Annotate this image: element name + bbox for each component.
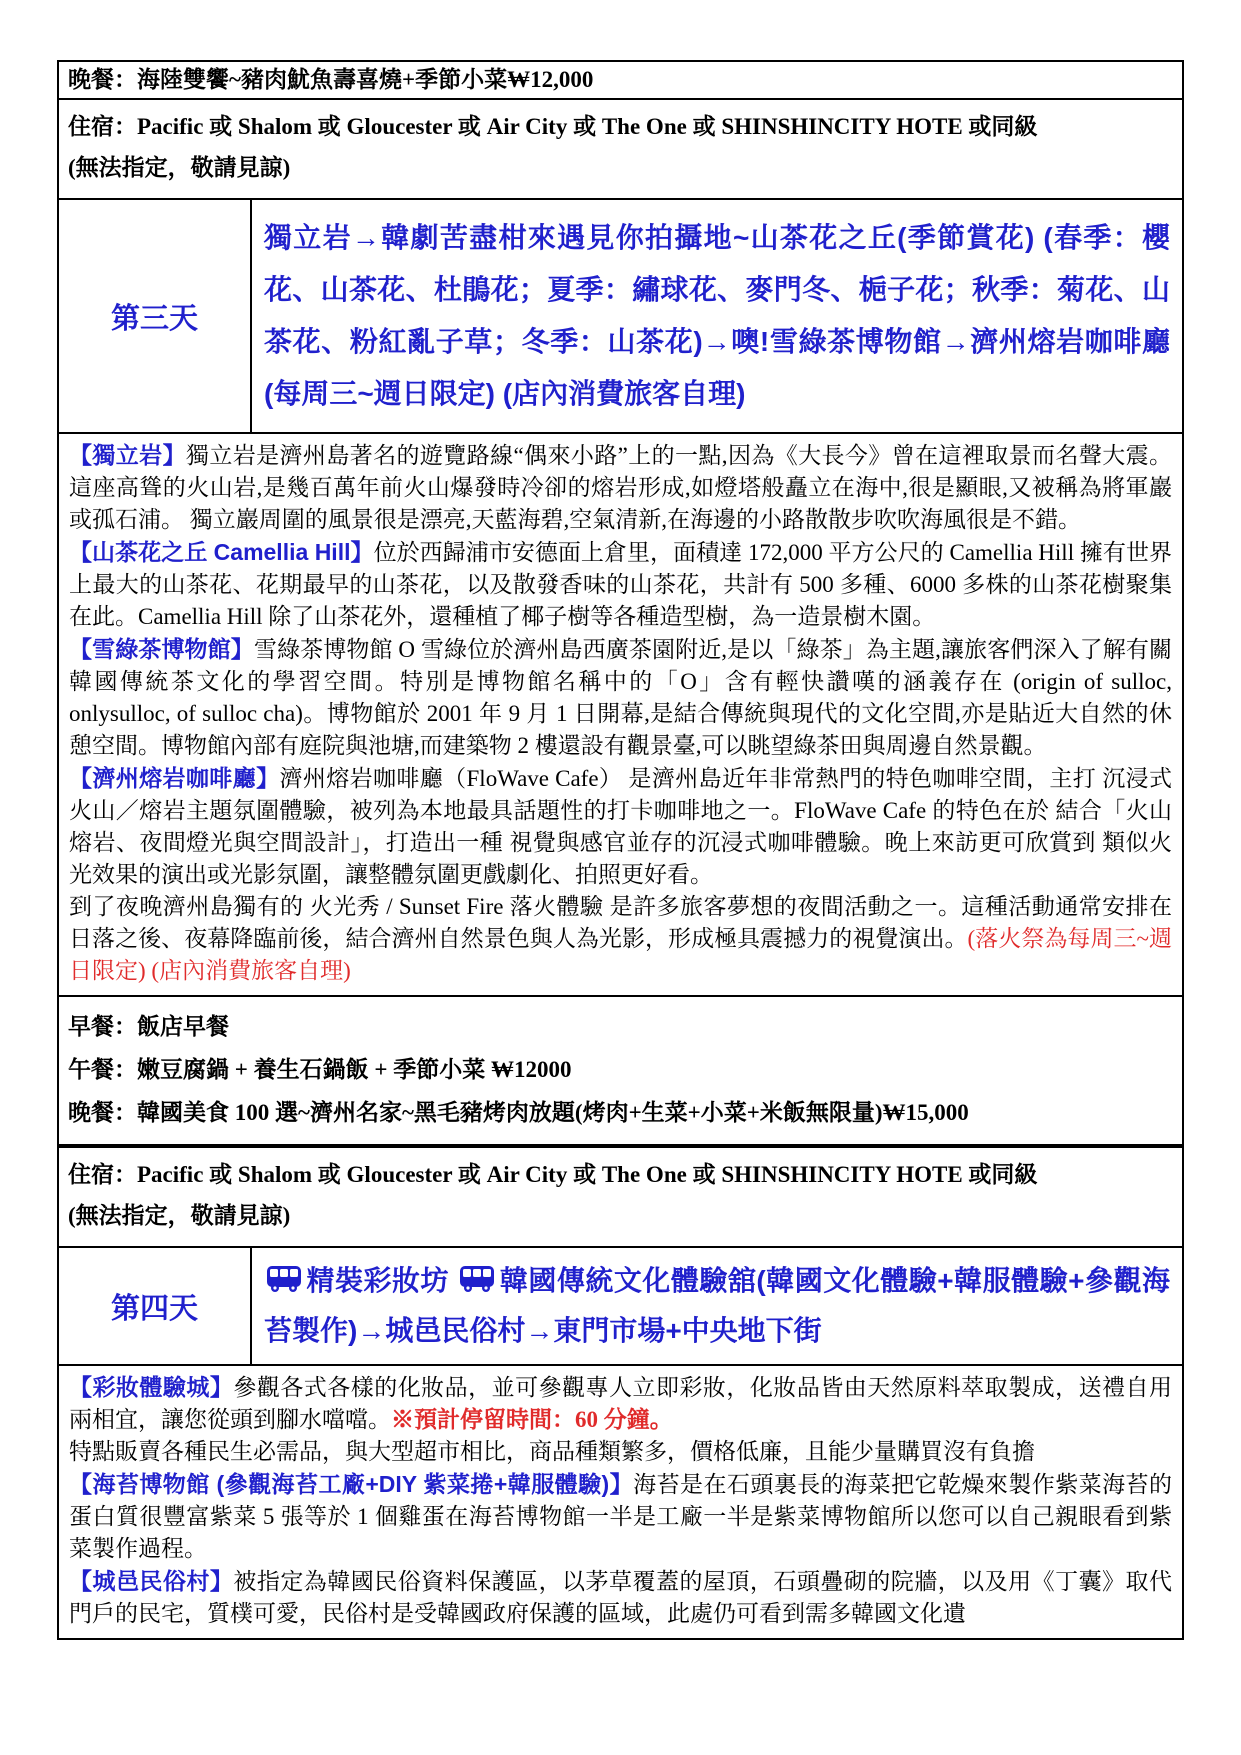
day3-section-osulloc: 【雪綠茶博物館】雪綠茶博物館 O 雪綠位於濟州島西廣茶園附近,是以「綠茶」為主題…: [69, 633, 1172, 762]
day4-section-folkvillage: 【城邑民俗村】被指定為韓國民俗資料保護區，以茅草覆蓋的屋頂，石頭疊砌的院牆，以及…: [69, 1565, 1172, 1630]
hotel-day3-line1: 住宿：Pacific 或 Shalom 或 Gloucester 或 Air C…: [68, 1154, 1173, 1195]
day3-section-flowave: 【濟州熔岩咖啡廳】濟州熔岩咖啡廳（FloWave Cafe） 是濟州島近年非常熱…: [69, 762, 1172, 891]
day4-heading-seaweed: 【海苔博物館 (參觀海苔工廠+DIY 紫菜捲+韓服體驗)】: [69, 1471, 633, 1497]
day3-text-dokrip: 獨立岩是濟州島著名的遊覽路線“偶來小路”上的一點,因為《大長今》曾在這裡取景而名…: [69, 443, 1172, 532]
day3-dinner: 晚餐：韓國美食 100 選~濟州名家~黑毛豬烤肉放題(烤肉+生菜+小菜+米飯無限…: [68, 1091, 1173, 1134]
hotel-day3-line2: (無法指定，敬請見諒): [68, 1195, 1173, 1236]
day3-itinerary: 獨立岩→韓劇苦盡柑來遇見你拍攝地~山茶花之丘(季節賞花) (春季：櫻花、山茶花、…: [252, 200, 1182, 432]
bus-icon: [266, 1265, 302, 1293]
hotel-row-day3: 住宿：Pacific 或 Shalom 或 Gloucester 或 Air C…: [59, 1144, 1182, 1246]
day3-heading-flowave: 【濟州熔岩咖啡廳】: [69, 765, 279, 791]
day4-red-note: ※預計停留時間：60 分鐘。: [391, 1407, 673, 1432]
day4-text-shop: 特點販賣各種民生必需品，與大型超市相比，商品種類繁多，價格低廉，且能少量購買沒有…: [69, 1439, 1035, 1464]
itinerary-table: 晚餐：海陸雙饗~豬肉魷魚壽喜燒+季節小菜₩12,000 住宿：Pacific 或…: [57, 60, 1184, 1640]
hotel-row-top: 住宿：Pacific 或 Shalom 或 Gloucester 或 Air C…: [59, 98, 1182, 198]
day3-label: 第三天: [59, 200, 252, 432]
dinner-top-text: 晚餐：海陸雙饗~豬肉魷魚壽喜燒+季節小菜₩12,000: [68, 67, 593, 92]
day4-row: 第四天 精裝彩妝坊 韓國傳統文化體驗舘(韓國文化體驗+韓服體驗+參觀海苔製作)→…: [59, 1246, 1182, 1364]
day3-lunch: 午餐：嫩豆腐鍋 + 養生石鍋飯 + 季節小菜 ₩12000: [68, 1048, 1173, 1091]
day4-section-seaweed: 【海苔博物館 (參觀海苔工廠+DIY 紫菜捲+韓服體驗)】海苔是在石頭裏長的海菜…: [69, 1468, 1172, 1565]
day3-description: 【獨立岩】獨立岩是濟州島著名的遊覽路線“偶來小路”上的一點,因為《大長今》曾在這…: [59, 432, 1182, 995]
day4-label: 第四天: [59, 1248, 252, 1364]
day3-meals-row: 早餐：飯店早餐 午餐：嫩豆腐鍋 + 養生石鍋飯 + 季節小菜 ₩12000 晚餐…: [59, 995, 1182, 1144]
itinerary-page: 晚餐：海陸雙饗~豬肉魷魚壽喜燒+季節小菜₩12,000 住宿：Pacific 或…: [0, 0, 1241, 1755]
day3-heading-osulloc: 【雪綠茶博物館】: [69, 636, 254, 662]
day3-section-sunsetfire: 到了夜晚濟州島獨有的 火光秀 / Sunset Fire 落火體驗 是許多旅客夢…: [69, 891, 1172, 987]
hotel-top-line2: (無法指定，敬請見諒): [68, 147, 1173, 188]
hotel-top-line1: 住宿：Pacific 或 Shalom 或 Gloucester 或 Air C…: [68, 106, 1173, 147]
day4-itinerary-part1: 精裝彩妝坊: [306, 1265, 449, 1296]
day3-section-camellia: 【山茶花之丘 Camellia Hill】位於西歸浦市安德面上倉里，面積達 17…: [69, 536, 1172, 633]
day3-breakfast: 早餐：飯店早餐: [68, 1005, 1173, 1048]
day4-heading-makeup: 【彩妝體驗城】: [69, 1374, 233, 1400]
day3-heading-dokrip: 【獨立岩】: [69, 442, 186, 468]
day4-section-makeup: 【彩妝體驗城】參觀各式各樣的化妝品，並可參觀專人立即彩妝，化妝品皆由天然原料萃取…: [69, 1371, 1172, 1436]
dinner-row-top: 晚餐：海陸雙饗~豬肉魷魚壽喜燒+季節小菜₩12,000: [59, 62, 1182, 98]
day3-heading-camellia: 【山茶花之丘 Camellia Hill】: [69, 539, 374, 565]
day4-description: 【彩妝體驗城】參觀各式各樣的化妝品，並可參觀專人立即彩妝，化妝品皆由天然原料萃取…: [59, 1364, 1182, 1638]
day4-heading-folkvillage: 【城邑民俗村】: [69, 1568, 233, 1594]
day4-text-folkvillage: 被指定為韓國民俗資料保護區，以茅草覆蓋的屋頂，石頭疊砌的院牆，以及用《丁囊》取代…: [69, 1569, 1172, 1626]
bus-icon: [459, 1265, 495, 1293]
day4-itinerary: 精裝彩妝坊 韓國傳統文化體驗舘(韓國文化體驗+韓服體驗+參觀海苔製作)→城邑民俗…: [252, 1248, 1182, 1364]
day4-section-shop: 特點販賣各種民生必需品，與大型超市相比，商品種類繁多，價格低廉，且能少量購買沒有…: [69, 1436, 1172, 1468]
day3-section-dokrip: 【獨立岩】獨立岩是濟州島著名的遊覽路線“偶來小路”上的一點,因為《大長今》曾在這…: [69, 439, 1172, 536]
day3-row: 第三天 獨立岩→韓劇苦盡柑來遇見你拍攝地~山茶花之丘(季節賞花) (春季：櫻花、…: [59, 198, 1182, 432]
